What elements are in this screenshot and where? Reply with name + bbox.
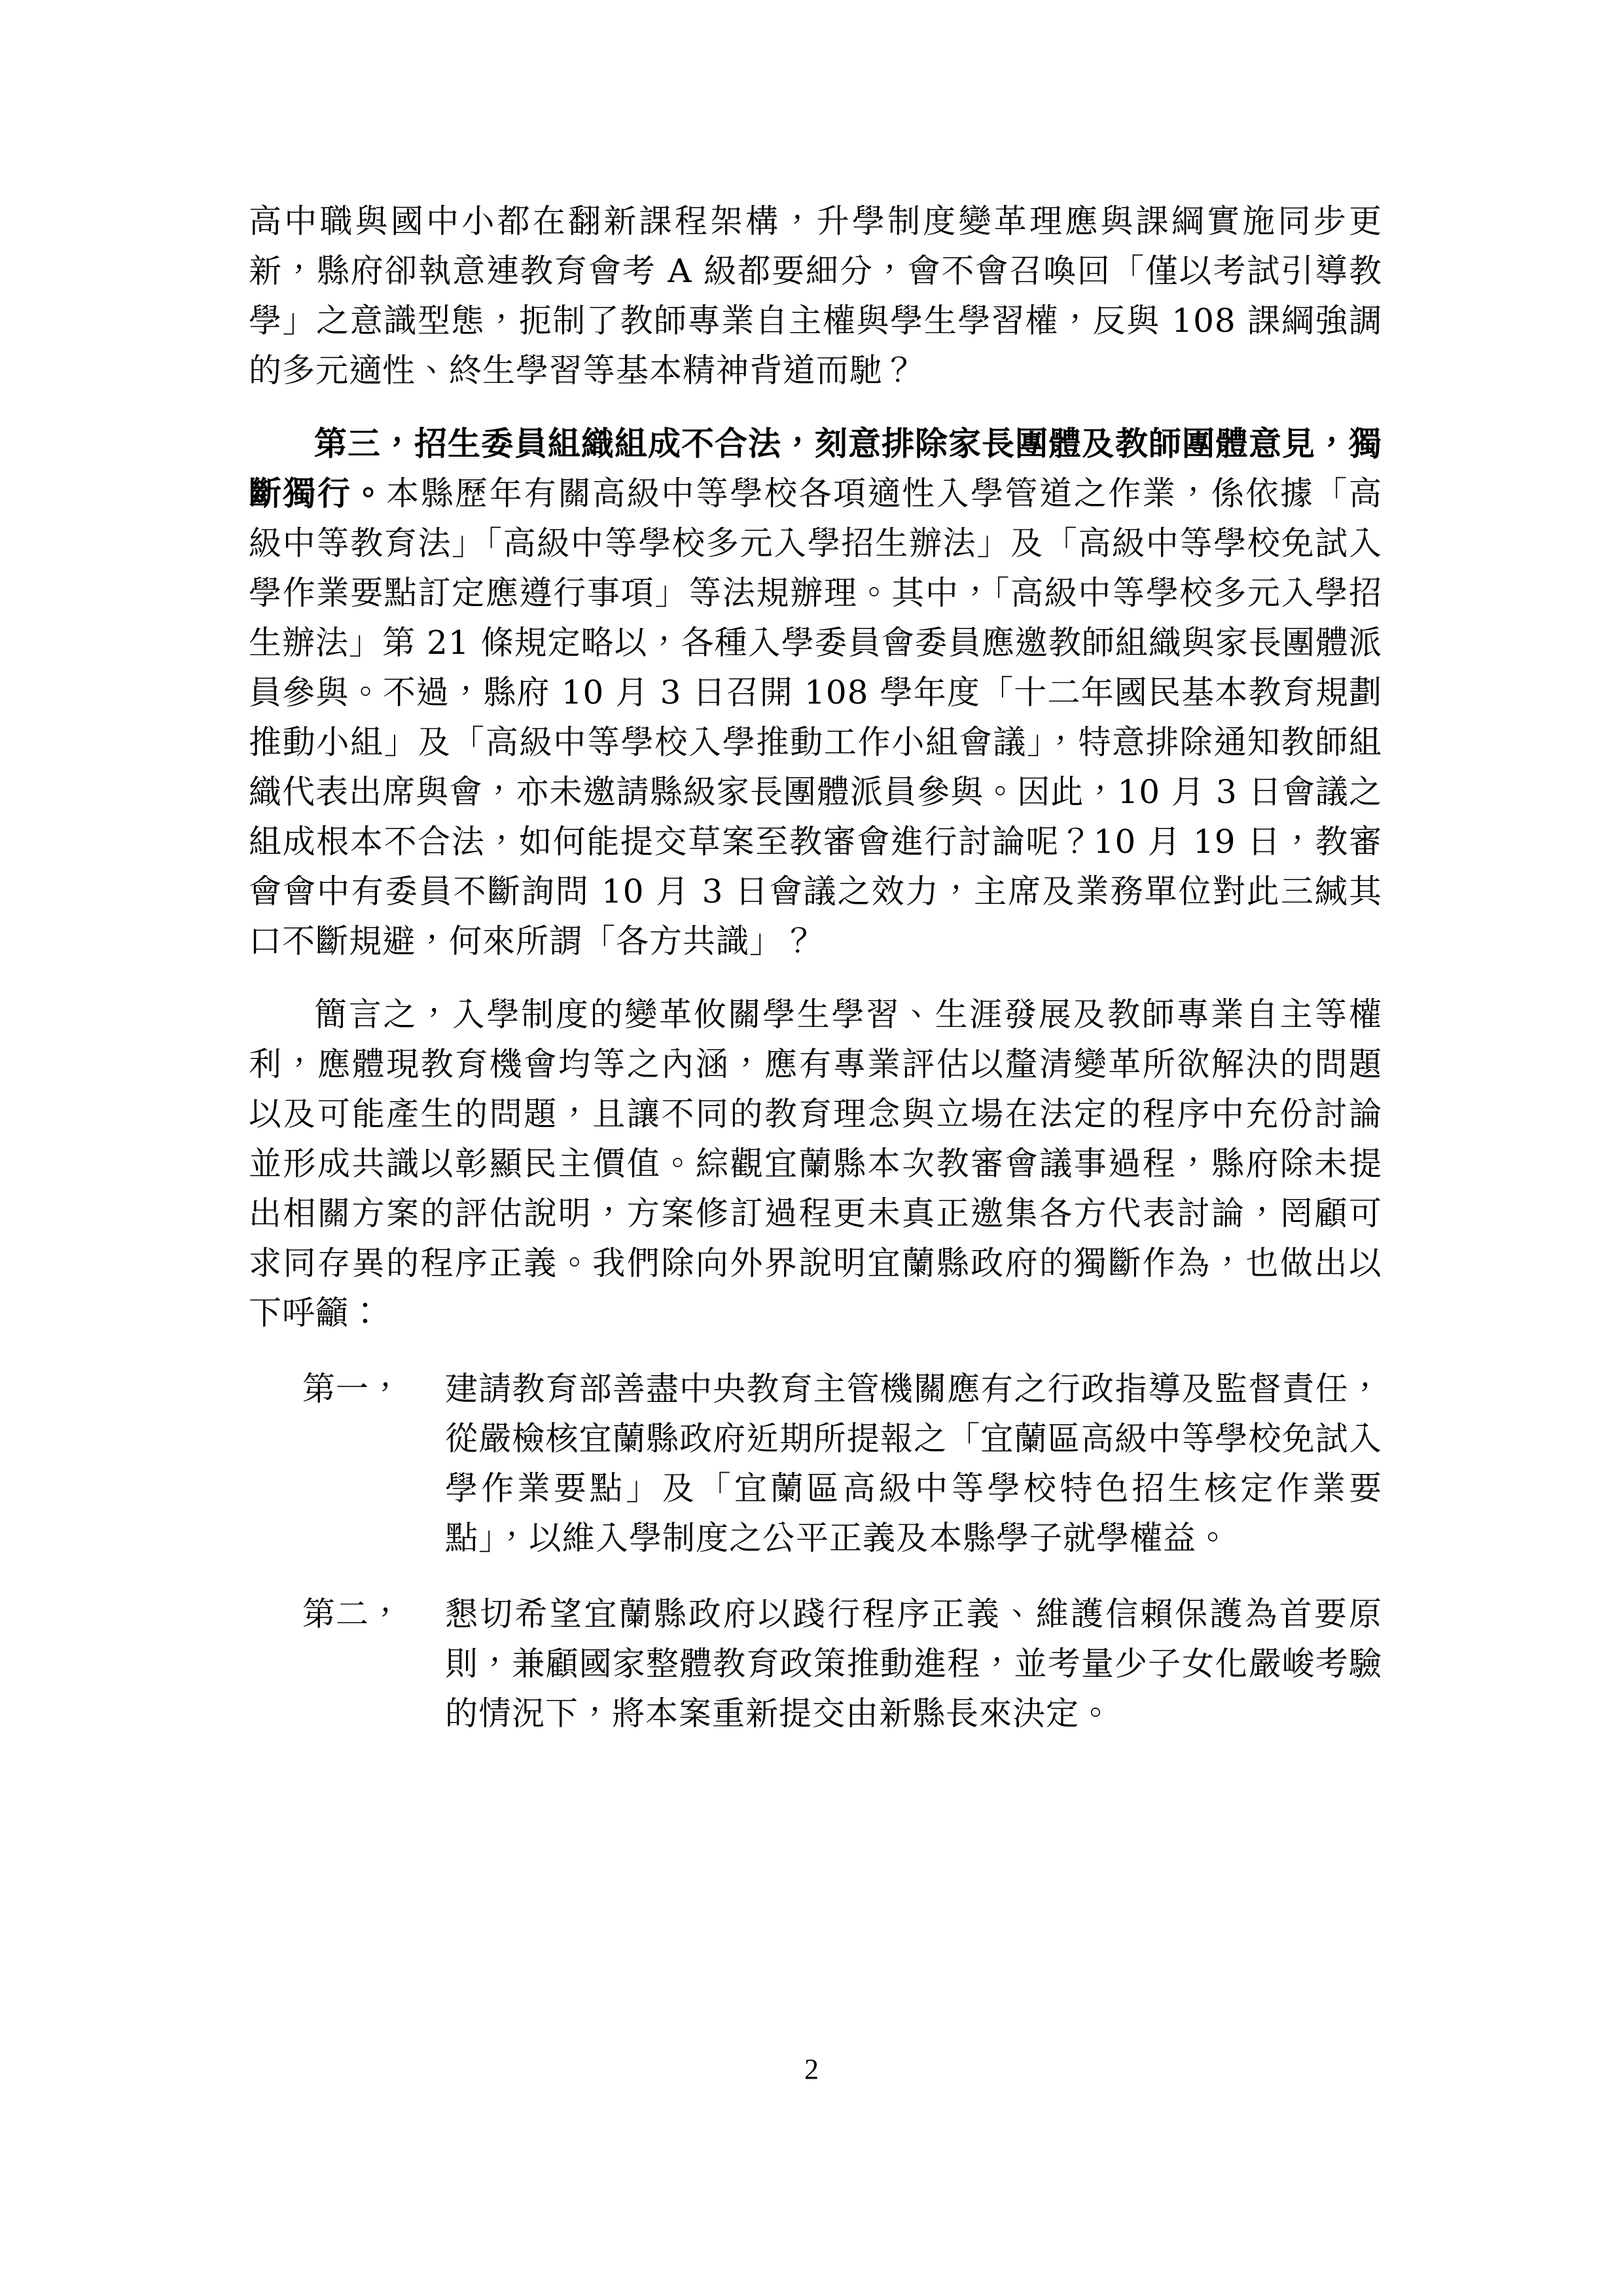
paragraph-body-text: 本縣歷年有關高級中等學校各項適性入學管道之作業，係依據「高級中等教育法」「高級中… <box>249 475 1382 960</box>
appeal-text: 建請教育部善盡中央教育主管機關應有之行政指導及監督責任，從嚴檢核宜蘭縣政府近期所… <box>445 1364 1382 1563</box>
appeal-item-1: 第一， 建請教育部善盡中央教育主管機關應有之行政指導及監督責任，從嚴檢核宜蘭縣政… <box>249 1364 1382 1563</box>
document-body: 高中職與國中小都在翻新課程架構，升學制度變革理應與課綱實施同步更新，縣府卻執意連… <box>249 196 1382 1738</box>
appeal-label: 第二， <box>302 1589 445 1738</box>
appeal-label: 第一， <box>302 1364 445 1563</box>
paragraph-continuation: 高中職與國中小都在翻新課程架構，升學制度變革理應與課綱實施同步更新，縣府卻執意連… <box>249 196 1382 395</box>
paragraph-summary: 簡言之，入學制度的變革攸關學生學習、生涯發展及教師專業自主等權利，應體現教育機會… <box>249 990 1382 1338</box>
document-page: 高中職與國中小都在翻新課程架構，升學制度變革理應與課綱實施同步更新，縣府卻執意連… <box>0 0 1623 2296</box>
appeal-item-2: 第二， 懇切希望宜蘭縣政府以踐行程序正義、維護信賴保護為首要原則，兼顧國家整體教… <box>249 1589 1382 1738</box>
paragraph-point-three: 第三，招生委員組織組成不合法，刻意排除家長團體及教師團體意見，獨斷獨行。本縣歷年… <box>249 419 1382 966</box>
appeal-text: 懇切希望宜蘭縣政府以踐行程序正義、維護信賴保護為首要原則，兼顧國家整體教育政策推… <box>445 1589 1382 1738</box>
page-number: 2 <box>0 2053 1623 2087</box>
